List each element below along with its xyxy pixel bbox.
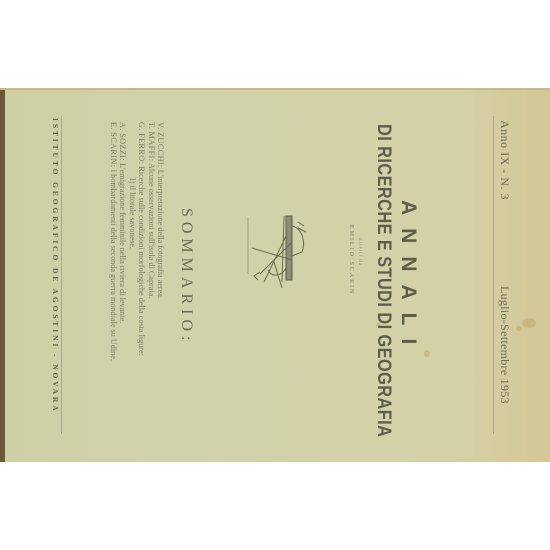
page-edge [0,88,550,90]
edited-by-label: diretti da [357,238,362,266]
contents-heading: SOMMARIO: [177,208,195,345]
paper-stain [516,326,522,331]
contents-item: A. SOZZI: L'emigrazione femminile nella … [118,122,127,442]
journal-title: ANNALI [396,200,420,357]
spine-edge [0,88,5,462]
issue-number: Anno IX - N. 3 [497,120,512,200]
journal-subtitle: DI RICERCHE E STUDI DI GEOGRAFIA [372,124,394,437]
ship-engraving-icon [240,212,312,294]
document-photo: Anno IX - N. 3 Luglio-Settembre 1953 ANN… [0,88,550,462]
issue-date: Luglio-Settembre 1953 [497,286,512,404]
contents-list: V. ZUCCHI: L'interpretazione della fotog… [109,122,165,442]
contents-item: I) il litorale savonese. [127,122,136,442]
publisher-name: ISTITUTO GEOGRAFICO DE AGOSTINI - NOVARA [51,118,60,414]
header-rule [493,116,494,434]
contents-item: V. ZUCCHI: L'interpretazione della fotog… [156,122,165,442]
paper-stain [424,350,430,357]
paper-stain [522,318,536,328]
contents-item: G. FERRO: Ricerche sulle condizioni morf… [137,122,146,442]
contents-item: T. MAFFI: Alcune osservazioni sull'isola… [146,122,155,442]
journal-cover: Anno IX - N. 3 Luglio-Settembre 1953 ANN… [0,88,550,462]
footer-rule [61,116,62,434]
editor-name: EMILIO SCARIN [348,225,354,296]
contents-item: E. SCARIN: I bombardamenti della seconda… [109,122,118,442]
